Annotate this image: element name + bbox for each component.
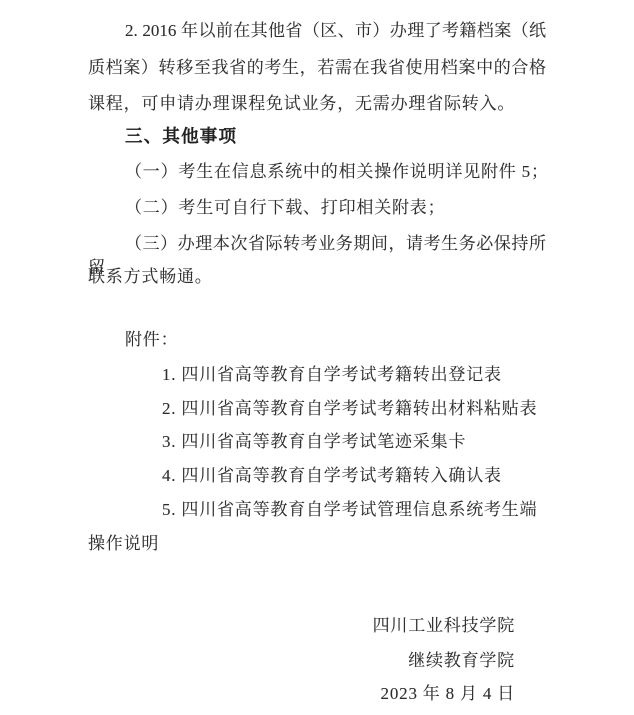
attachment-5-line-1: 5. 四川省高等教育自学考试管理信息系统考生端 xyxy=(88,498,546,522)
paragraph-2-line-3: 课程，可申请办理课程免试业务，无需办理省际转入。 xyxy=(88,92,546,116)
signature-institution: 四川工业科技学院 xyxy=(88,614,546,638)
paragraph-2-line-2: 质档案）转移至我省的考生，若需在我省使用档案中的合格 xyxy=(88,56,546,80)
paragraph-2-line-1: 2. 2016 年以前在其他省（区、市）办理了考籍档案（纸 xyxy=(88,19,546,43)
item-3-line-2: 联系方式畅通。 xyxy=(88,265,546,289)
document-body: 2. 2016 年以前在其他省（区、市）办理了考籍档案（纸质档案）转移至我省的考… xyxy=(0,0,634,715)
attachment-3: 3. 四川省高等教育自学考试笔迹采集卡 xyxy=(88,430,546,454)
attachment-1: 1. 四川省高等教育自学考试考籍转出登记表 xyxy=(88,363,546,387)
section-heading-other-matters: 三、其他事项 xyxy=(88,124,546,148)
signature-department: 继续教育学院 xyxy=(88,649,546,673)
item-1-line: （一）考生在信息系统中的相关操作说明详见附件 5； xyxy=(88,160,546,184)
attachment-4: 4. 四川省高等教育自学考试考籍转入确认表 xyxy=(88,464,546,488)
document-page: 2. 2016 年以前在其他省（区、市）办理了考籍档案（纸质档案）转移至我省的考… xyxy=(0,0,634,715)
attachment-2: 2. 四川省高等教育自学考试考籍转出材料粘贴表 xyxy=(88,397,546,421)
item-2-line: （二）考生可自行下载、打印相关附表； xyxy=(88,196,546,220)
attachment-5-line-2: 操作说明 xyxy=(88,532,546,556)
attachments-label: 附件： xyxy=(88,328,546,352)
signature-date: 2023 年 8 月 4 日 xyxy=(88,682,546,706)
